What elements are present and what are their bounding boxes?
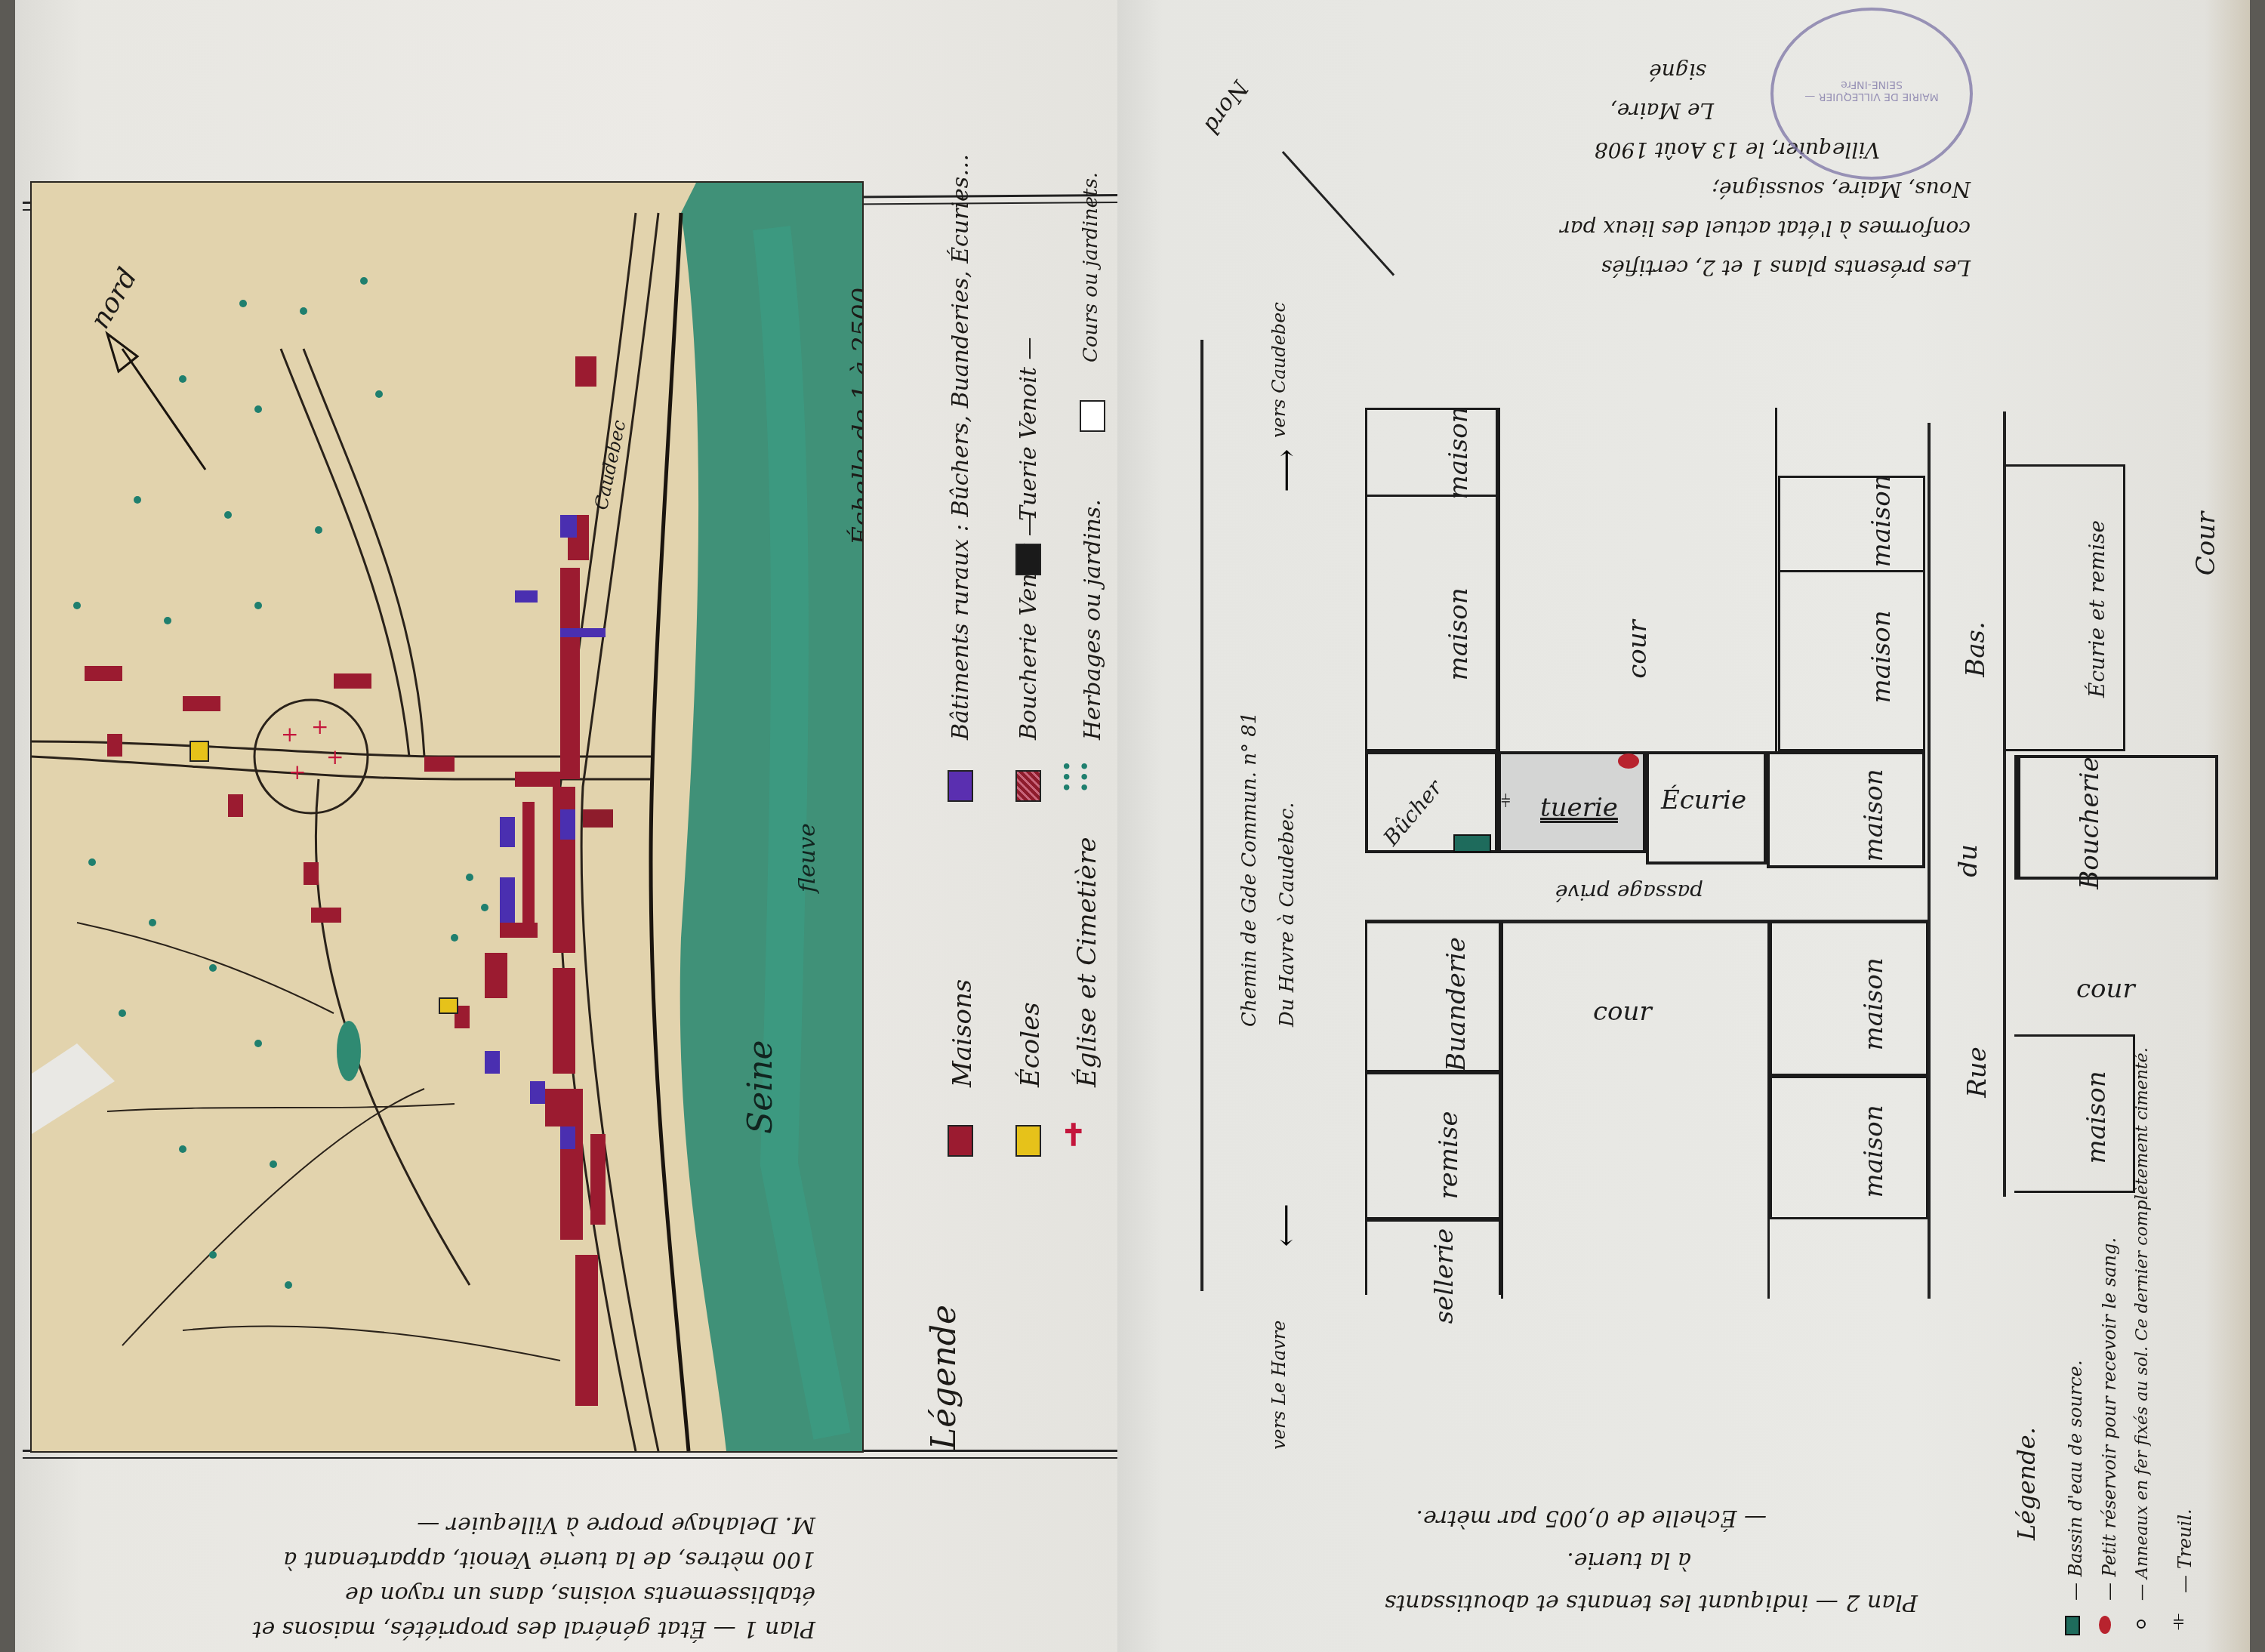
legend-tuerie: Tuerie Venoit —	[1015, 337, 1042, 521]
label-maison-r5: maison	[1859, 1105, 1889, 1197]
street-rue: Rue	[1962, 1046, 1992, 1098]
reservoir-swatch-icon	[2099, 1616, 2111, 1634]
svg-text:+: +	[311, 714, 328, 739]
svg-text:+: +	[288, 760, 306, 784]
legend-anneaux: — Anneaux en fer fixés au sol. Ce dernie…	[2133, 1047, 2152, 1601]
swatch-cours	[1080, 400, 1105, 432]
plan2-legend-title: Légende.	[2012, 1427, 2041, 1540]
label-ecurie: Écurie	[1661, 785, 1746, 815]
legend-ecoles: Écoles	[1015, 1002, 1046, 1087]
blood-reservoir-icon	[1618, 754, 1639, 769]
cell-maison-r4	[1770, 921, 1928, 1076]
cell-maison-top	[1365, 408, 1498, 495]
winch-icon: ⫩	[1501, 793, 1511, 812]
legend-reservoir: — Petit réservoir pour recevoir le sang.	[2099, 1237, 2120, 1601]
cell-maison-r5	[1770, 1076, 1928, 1219]
swatch-maisons	[948, 1125, 973, 1157]
label-maison-r2: maison	[1866, 610, 1897, 703]
arrow-up-icon: ⟶	[1269, 448, 1304, 492]
cell-cour-lower	[1501, 921, 1770, 1299]
herbage-dots-icon: • •• •• •	[1061, 763, 1090, 794]
label-ecurie-remise: Écurie et remise	[2085, 520, 2109, 698]
road-name-line2: Du Havre à Caudebec.	[1276, 802, 1299, 1027]
label-cour-right: cour	[2076, 974, 2135, 1004]
label-maison-r1: maison	[1866, 474, 1897, 567]
label-buanderie: Buanderie	[1441, 937, 1471, 1071]
swatch-tuerie	[1015, 544, 1041, 575]
church-crosses-icon: ✝	[1061, 1117, 1086, 1153]
legend-maisons: Maisons	[948, 979, 978, 1087]
legend-treuil: — Treuil.	[2174, 1509, 2196, 1593]
river-label: Seine	[741, 1040, 780, 1134]
plan1-caption-line1: Plan 1 — État général des propriétés, ma…	[136, 1611, 815, 1646]
stamp-text: MAIRIE DE VILLEQUIER — SEINE-INFre	[1796, 79, 1947, 103]
label-cour-lower: cour	[1593, 997, 1652, 1027]
ring-swatch-icon	[2137, 1620, 2146, 1629]
street-du: du	[1953, 844, 1983, 877]
label-remise: remise	[1434, 1111, 1464, 1199]
label-maison-r4: maison	[1859, 957, 1889, 1050]
plan1-caption-line3: 100 mètres, de la tuerie Venoit, apparte…	[136, 1542, 815, 1576]
cell-boucherie	[2014, 755, 2218, 880]
svg-text:+: +	[326, 744, 344, 769]
plan1-caption: Plan 1 — État général des propriétés, ma…	[136, 1495, 815, 1646]
legend-eglise: Église et Cimetière	[1072, 837, 1102, 1087]
legend-bassin: — Bassin d'eau de source.	[2065, 1360, 2086, 1601]
cell-maison-far	[2014, 1034, 2135, 1193]
road-to-le-havre: vers Le Havre	[1268, 1321, 1290, 1450]
cert-line1: Les présents plans 1 et 2, certifiés	[1502, 248, 1971, 287]
road-name-line1: Chemin de Gde Commun. n° 81	[1238, 712, 1261, 1027]
cell-maison-r1	[1778, 476, 1925, 570]
svg-text:+: +	[281, 722, 298, 747]
legend-herbages: Herbages ou jardins.	[1080, 499, 1106, 740]
label-maison-mid: maison	[1444, 587, 1474, 680]
plan1-caption-line2: établissements voisins, dans un rayon de	[136, 1576, 815, 1611]
plan2-caption-line2: à la tuerie.	[1238, 1539, 1918, 1581]
road-edge-line	[1200, 340, 1203, 1291]
plan2-caption: Plan 2 — indiquant les tenants et abouti…	[1238, 1472, 1918, 1623]
river-sub-label: fleuve	[794, 823, 821, 892]
basin-swatch-icon	[2065, 1616, 2080, 1635]
label-cour-far: Cour	[2191, 512, 2221, 576]
label-cour: cour	[1622, 620, 1653, 679]
swatch-boucherie	[1015, 770, 1041, 802]
cert-line2: conformes à l'état actuel des lieux par	[1502, 208, 1971, 248]
plan1-village-map: ++++	[30, 181, 864, 1453]
water-basin-icon	[1453, 834, 1491, 852]
legend-batiments-ruraux: Bâtiments ruraux : Bûchers, Buanderies, …	[948, 154, 974, 740]
label-boucherie: Boucherie	[2075, 757, 2105, 889]
label-maison-r3: maison	[1859, 769, 1889, 861]
cell-maison-r2	[1778, 570, 1925, 751]
label-tuerie: tuerie	[1540, 793, 1618, 823]
legend-cours: Cours ou jardinets.	[1080, 172, 1102, 362]
cell-cour	[1498, 408, 1777, 751]
label-passage: passage privé	[1555, 880, 1703, 905]
street-edge-left	[1928, 423, 1931, 1299]
plan2-caption-line1: Plan 2 — indiquant les tenants et abouti…	[1238, 1581, 1918, 1623]
cell-buanderie	[1365, 921, 1501, 1072]
swatch-batiments-ruraux	[948, 770, 973, 802]
label-maison-far: maison	[2082, 1071, 2112, 1163]
street-bas: Bas.	[1961, 621, 1991, 677]
cell-maison-mid	[1365, 495, 1498, 751]
plan1-caption-line4: M. Delahaye propre à Villequier —	[136, 1507, 815, 1542]
plan2-caption-line3: — Échelle de 0,005 par mètre.	[1238, 1496, 1918, 1539]
winch-swatch-icon: ⫩	[2173, 1612, 2184, 1635]
legend-title: Légende	[925, 1305, 963, 1450]
map-drawing: ++++	[32, 183, 862, 1451]
road-to-caudebec: vers Caudebec	[1268, 302, 1290, 438]
swatch-ecoles	[1015, 1125, 1041, 1157]
label-maison-top: maison	[1444, 406, 1474, 499]
mairie-stamp: MAIRIE DE VILLEQUIER — SEINE-INFre	[1770, 8, 1973, 180]
arrow-down-icon: ⟶	[1269, 1204, 1304, 1247]
cell-maison-r3	[1767, 751, 1925, 868]
label-sellerie: sellerie	[1429, 1228, 1459, 1324]
frame-bottom-line-2	[23, 1457, 1117, 1459]
plan1-scale: Échelle de 1 à 2500.	[847, 279, 864, 545]
